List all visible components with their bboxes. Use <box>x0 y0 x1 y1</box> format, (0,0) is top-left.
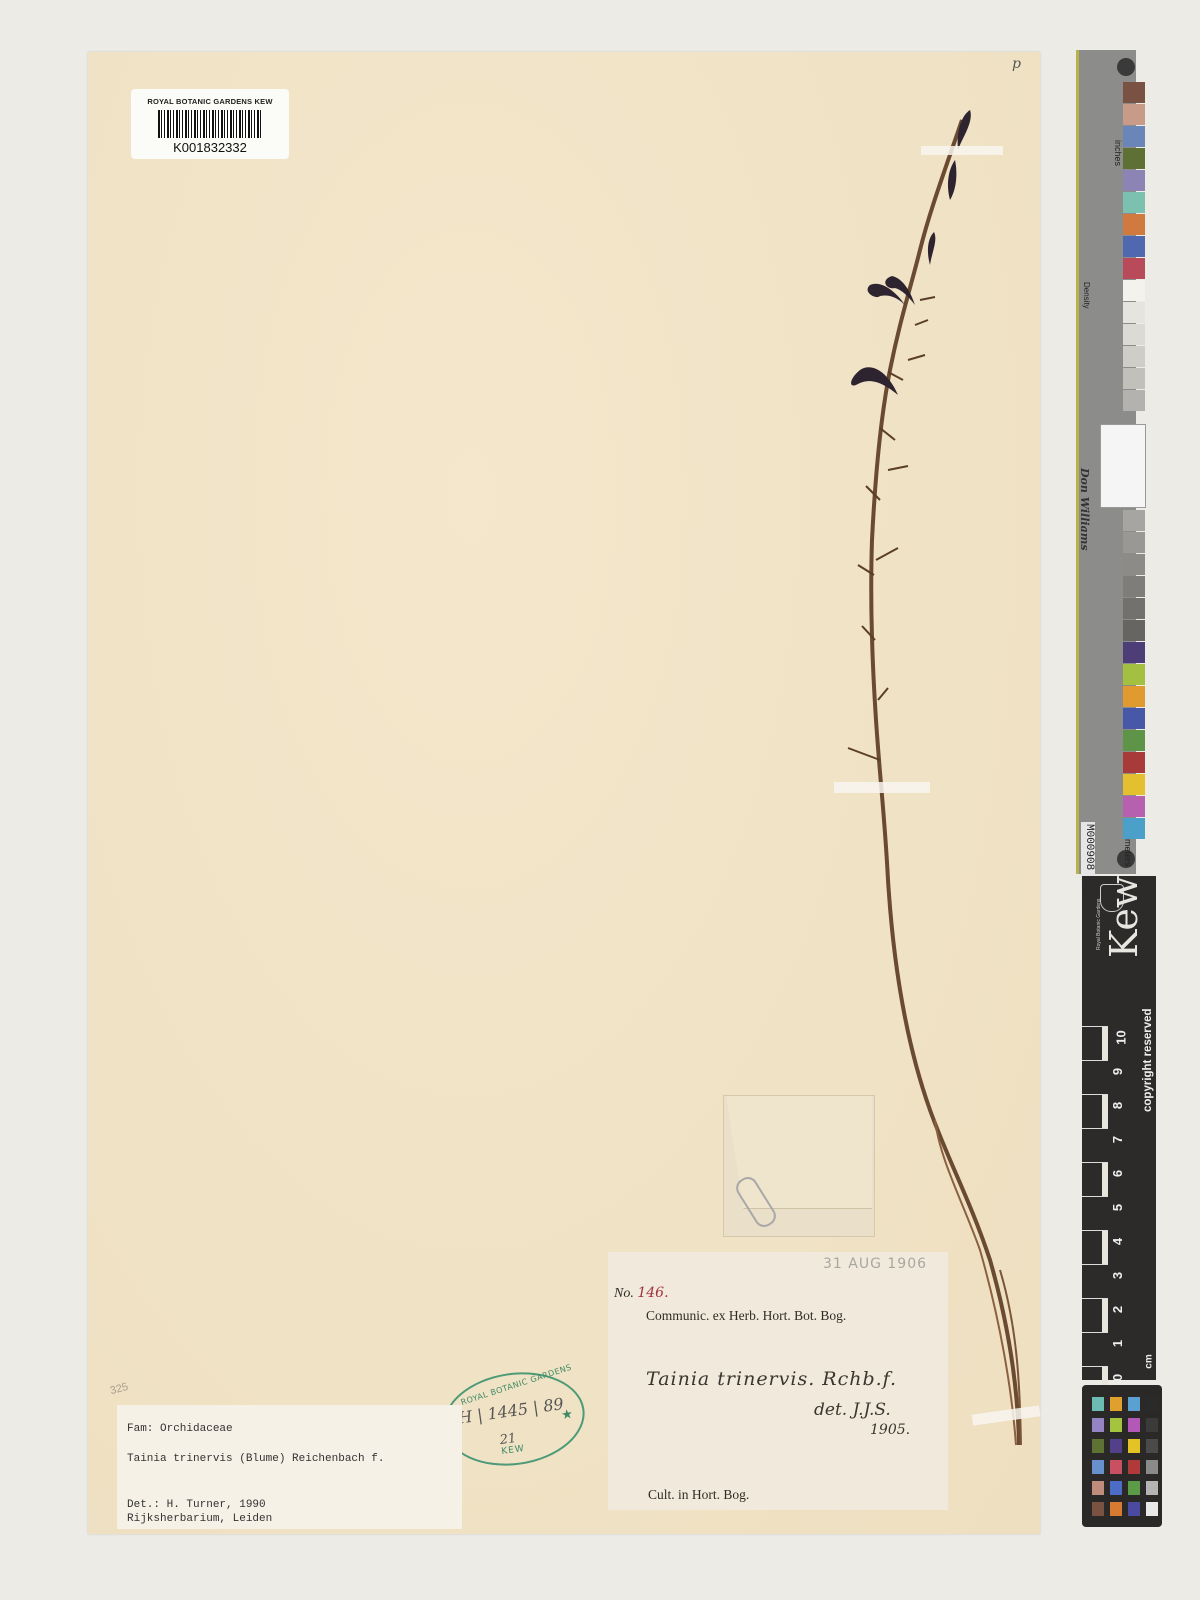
mounting-tape <box>834 782 930 793</box>
handwritten-year: 1905. <box>870 1422 910 1438</box>
ruler-number: 8 <box>1110 1102 1125 1109</box>
checker-swatch <box>1092 1397 1104 1411</box>
ruler-segment <box>1082 1264 1108 1298</box>
checker-swatch <box>1110 1418 1122 1432</box>
inches-label: inches <box>1113 140 1123 166</box>
cultivation-text: Cult. in Hort. Bog. <box>648 1487 749 1503</box>
ruler-segment <box>1082 1196 1108 1230</box>
checker-swatch <box>1128 1397 1140 1411</box>
color-patch <box>1123 192 1145 213</box>
color-patch <box>1123 324 1145 345</box>
corner-mark: p <box>1012 56 1021 72</box>
checker-swatch <box>1128 1418 1140 1432</box>
color-checker-card <box>1082 1385 1162 1527</box>
chart-code-text: M000908 <box>1083 824 1095 870</box>
checker-swatch <box>1092 1502 1104 1516</box>
ruler-number: 1 <box>1110 1340 1125 1347</box>
fragment-packet <box>723 1095 875 1237</box>
color-patch <box>1123 258 1145 279</box>
barcode-icon <box>158 110 262 138</box>
color-patch <box>1123 686 1145 707</box>
checker-swatch <box>1092 1439 1104 1453</box>
ruler-number: 3 <box>1110 1272 1125 1279</box>
checker-swatch <box>1092 1481 1104 1495</box>
color-patch <box>1123 708 1145 729</box>
determination-label: Fam: Orchidaceae Tainia trinervis (Blume… <box>117 1405 462 1529</box>
ruler-segment <box>1082 1230 1108 1264</box>
herbarium-label: 31 AUG 1906 No. 146. Communic. ex Herb. … <box>608 1252 948 1510</box>
label-number: No. 146. <box>614 1285 669 1302</box>
handwritten-det: det. J.J.S. <box>814 1400 891 1420</box>
checker-swatch <box>1110 1481 1122 1495</box>
color-patch <box>1123 214 1145 235</box>
hole-icon <box>1117 58 1135 76</box>
color-patch <box>1123 598 1145 619</box>
color-patch <box>1123 236 1145 257</box>
color-patch <box>1123 752 1145 773</box>
color-patch <box>1123 126 1145 147</box>
ruler-segment <box>1082 1094 1108 1128</box>
chart-brand: Don Williams <box>1078 468 1091 551</box>
color-patch <box>1123 554 1145 575</box>
color-patch <box>1123 796 1145 817</box>
checker-swatch <box>1146 1502 1158 1516</box>
date-stamp: 31 AUG 1906 <box>823 1256 927 1272</box>
color-patch <box>1123 818 1145 839</box>
cm-unit-label: cm <box>1144 1354 1155 1368</box>
color-patch <box>1123 280 1145 301</box>
checker-swatch <box>1110 1397 1122 1411</box>
star-icon: ★ <box>560 1407 574 1423</box>
family-text: Fam: Orchidaceae <box>127 1423 233 1435</box>
kew-scale-bar: Royal Botanic Gardens Kew copyright rese… <box>1082 876 1156 1380</box>
color-patch <box>1123 642 1145 663</box>
stamp-kew: KEW <box>501 1444 526 1457</box>
barcode-number: K001832332 <box>131 140 289 155</box>
mounting-tape <box>921 146 1003 155</box>
ruler-number: 6 <box>1110 1170 1125 1177</box>
checker-swatch <box>1146 1439 1158 1453</box>
ruler-number: 10 <box>1114 1030 1129 1044</box>
checker-swatch <box>1110 1439 1122 1453</box>
color-patch <box>1123 148 1145 169</box>
color-patch <box>1123 510 1145 531</box>
copyright-text: copyright reserved <box>1142 1008 1154 1112</box>
color-patch <box>1123 104 1145 125</box>
checker-swatch <box>1128 1502 1140 1516</box>
checker-swatch <box>1110 1502 1122 1516</box>
ruler-segment <box>1082 1298 1108 1332</box>
checker-swatch <box>1092 1460 1104 1474</box>
checker-swatch <box>1110 1460 1122 1474</box>
color-patch <box>1123 82 1145 103</box>
handwritten-name: Tainia trinervis. Rchb.f. <box>646 1368 897 1390</box>
color-patch <box>1123 170 1145 191</box>
checker-swatch <box>1146 1418 1158 1432</box>
checker-swatch <box>1146 1397 1158 1411</box>
ruler-segment <box>1082 1060 1108 1094</box>
ruler-number: 2 <box>1110 1306 1125 1313</box>
communicated-text: Communic. ex Herb. Hort. Bot. Bog. <box>646 1308 846 1324</box>
ruler-number: 0 <box>1110 1374 1125 1381</box>
ruler-segment <box>1082 1332 1108 1366</box>
number-value: 146. <box>637 1285 668 1301</box>
ruler-number: 9 <box>1110 1068 1125 1075</box>
checker-swatch <box>1146 1460 1158 1474</box>
color-patch <box>1123 302 1145 323</box>
color-patch <box>1123 620 1145 641</box>
kew-logo: Kew <box>1102 876 1146 958</box>
ruler-number: 4 <box>1110 1238 1125 1245</box>
color-patch <box>1123 390 1145 411</box>
ruler-segment <box>1082 1162 1108 1196</box>
ruler-number: 5 <box>1110 1204 1125 1211</box>
color-patch <box>1123 664 1145 685</box>
checker-swatch <box>1128 1481 1140 1495</box>
color-patch <box>1123 576 1145 597</box>
det-institution-text: Rijksherbarium, Leiden <box>127 1513 272 1525</box>
color-patch <box>1123 532 1145 553</box>
color-patch <box>1123 730 1145 751</box>
color-patch <box>1123 368 1145 389</box>
checker-swatch <box>1128 1439 1140 1453</box>
cm-ruler <box>1082 1026 1108 1372</box>
ruler-number: 7 <box>1110 1136 1125 1143</box>
determiner-text: Det.: H. Turner, 1990 <box>127 1499 266 1511</box>
checker-swatch <box>1092 1418 1104 1432</box>
color-patch <box>1123 774 1145 795</box>
number-prefix: No. <box>614 1286 634 1301</box>
checker-swatch <box>1128 1460 1140 1474</box>
ruler-segment <box>1082 1128 1108 1162</box>
ruler-segment <box>1082 1026 1108 1060</box>
barcode-institution: ROYAL BOTANIC GARDENS KEW <box>131 97 289 106</box>
color-patch <box>1123 346 1145 367</box>
barcode-label: ROYAL BOTANIC GARDENS KEW K001832332 <box>131 89 289 159</box>
density-label: Density <box>1082 282 1091 309</box>
resolution-target <box>1100 424 1146 508</box>
taxon-text: Tainia trinervis (Blume) Reichenbach f. <box>127 1453 384 1465</box>
checker-swatch <box>1146 1481 1158 1495</box>
